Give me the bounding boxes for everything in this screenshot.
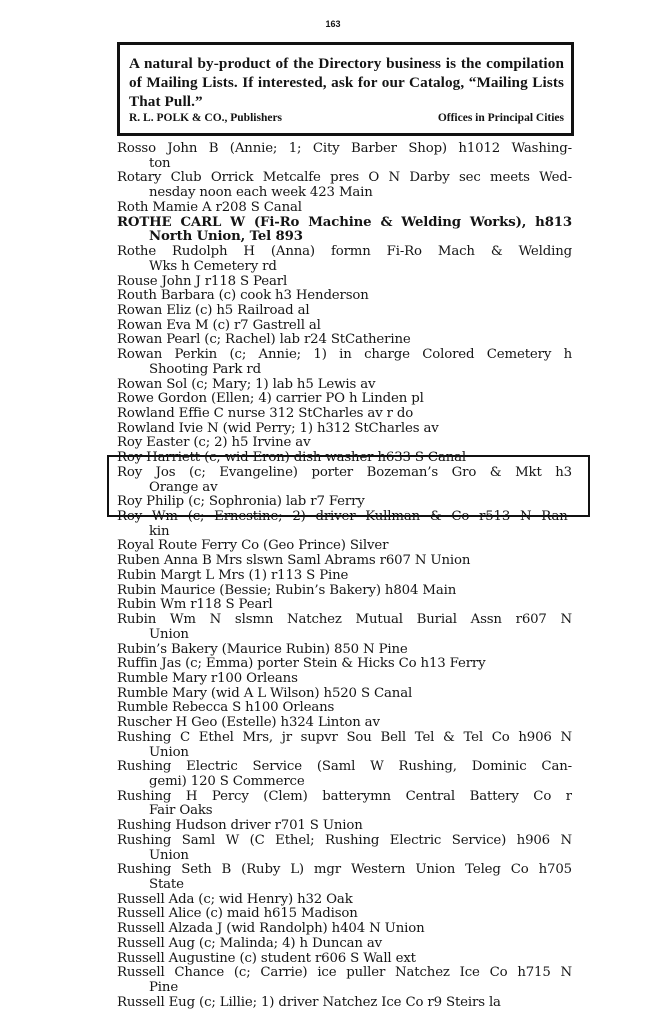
directory-entry: Rubin Maurice (Bessie; Rubin’s Bakery) h… [117,583,572,598]
directory-entry: Roth Mamie A r208 S Canal [117,200,572,215]
directory-entry: Routh Barbara (c) cook h3 Henderson [117,288,572,303]
directory-entry: Roy Wm (c; Ernestine; 2) driver Kullman … [117,509,572,524]
directory-entry: Rowan Perkin (c; Annie; 1) in charge Col… [117,347,572,362]
directory-entry: Russell Augustine (c) student r606 S Wal… [117,951,572,966]
directory-entry: Rushing C Ethel Mrs, jr supvr Sou Bell T… [117,730,572,745]
directory-entry-continuation: Union [149,745,569,760]
directory-entry: Rubin Margt L Mrs (1) r113 S Pine [117,568,572,583]
directory-entry: Rowan Sol (c; Mary; 1) lab h5 Lewis av [117,377,572,392]
directory-entry: Rowan Eva M (c) r7 Gastrell al [117,318,572,333]
directory-entry: Russell Eug (c; Lillie; 1) driver Natche… [117,995,572,1010]
directory-entry: Ruffin Jas (c; Emma) porter Stein & Hick… [117,656,572,671]
directory-entry: Russell Aug (c; Malinda; 4) h Duncan av [117,936,572,951]
directory-entry: Rowland Effie C nurse 312 StCharles av r… [117,406,572,421]
directory-entry-continuation: Union [149,627,569,642]
directory-entry: Roy Philip (c; Sophronia) lab r7 Ferry [117,494,572,509]
directory-entry: Rumble Rebecca S h100 Orleans [117,700,572,715]
directory-entry: Russell Alice (c) maid h615 Madison [117,906,572,921]
directory-entry: Rothe Rudolph H (Anna) formn Fi-Ro Mach … [117,244,572,259]
directory-entry: Rubin Wm r118 S Pearl [117,597,572,612]
directory-entry-continuation: Wks h Cemetery rd [149,259,569,274]
directory-entry: Roy Easter (c; 2) h5 Irvine av [117,435,572,450]
directory-entry: Ruscher H Geo (Estelle) h324 Linton av [117,715,572,730]
directory-entry: Rubin Wm N slsmn Natchez Mutual Burial A… [117,612,572,627]
directory-entry: Russell Ada (c; wid Henry) h32 Oak [117,892,572,907]
directory-entry: Rushing Hudson driver r701 S Union [117,818,572,833]
directory-entry: Rushing Seth B (Ruby L) mgr Western Unio… [117,862,572,877]
directory-entry-continuation: Pine [149,980,569,995]
directory-entry: Royal Route Ferry Co (Geo Prince) Silver [117,538,572,553]
directory-entry: Rotary Club Orrick Metcalfe pres O N Dar… [117,170,572,185]
directory-entry: Rouse John J r118 S Pearl [117,274,572,289]
directory-entry: Rumble Mary (wid A L Wilson) h520 S Cana… [117,686,572,701]
directory-entry-continuation: Shooting Park rd [149,362,569,377]
directory-entry-continuation: ton [149,156,569,171]
directory-entry-continuation: Orange av [149,480,569,495]
directory-entry: Rubin’s Bakery (Maurice Rubin) 850 N Pin… [117,642,572,657]
directory-entry: Rushing H Percy (Clem) batterymn Central… [117,789,572,804]
directory-entry-continuation: Fair Oaks [149,803,569,818]
directory-entry: Rowan Pearl (c; Rachel) lab r24 StCather… [117,332,572,347]
directory-entry: ROTHE CARL W (Fi-Ro Machine & Welding Wo… [117,215,572,230]
directory-entry-continuation: gemi) 120 S Commerce [149,774,569,789]
directory-entry: Rosso John B (Annie; 1; City Barber Shop… [117,141,572,156]
directory-entry: Rowland Ivie N (wid Perry; 1) h312 StCha… [117,421,572,436]
directory-entry-continuation: State [149,877,569,892]
directory-entry-continuation: Union [149,848,569,863]
directory-entry: Russell Alzada J (wid Randolph) h404 N U… [117,921,572,936]
directory-entry: Rowe Gordon (Ellen; 4) carrier PO h Lind… [117,391,572,406]
directory-entries: Rosso John B (Annie; 1; City Barber Shop… [0,0,666,1024]
directory-entry: Ruben Anna B Mrs slswn Saml Abrams r607 … [117,553,572,568]
directory-entry-continuation: nesday noon each week 423 Main [149,185,569,200]
directory-entry-continuation: kin [149,524,569,539]
directory-entry: Rumble Mary r100 Orleans [117,671,572,686]
directory-entry: Russell Chance (c; Carrie) ice puller Na… [117,965,572,980]
directory-entry: Rushing Electric Service (Saml W Rushing… [117,759,572,774]
directory-entry: Roy Harriett (c; wid Eron) dish washer h… [117,450,572,465]
directory-entry: Rowan Eliz (c) h5 Railroad al [117,303,572,318]
directory-entry: Roy Jos (c; Evangeline) porter Bozeman’s… [117,465,572,480]
directory-entry: Rushing Saml W (C Ethel; Rushing Electri… [117,833,572,848]
directory-entry-continuation: North Union, Tel 893 [149,229,569,244]
